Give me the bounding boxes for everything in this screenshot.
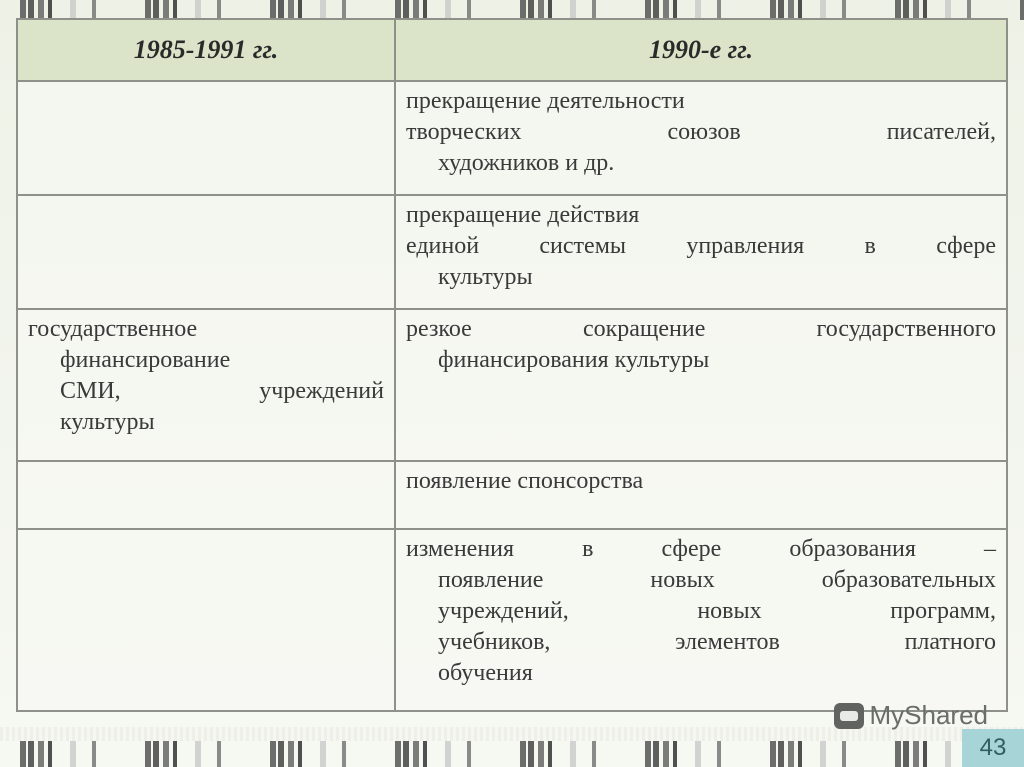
myshared-logo-icon <box>834 703 864 729</box>
myshared-watermark[interactable]: MyShared <box>834 700 989 731</box>
cell-left-empty <box>17 529 395 711</box>
myshared-brand-text: MyShared <box>870 700 989 731</box>
cell-sponsorship: появление спонсорства <box>395 461 1007 529</box>
table-row: государственное финансирование СМИ, учре… <box>17 309 1007 461</box>
table-header-row: 1985-1991 гг. 1990-е гг. <box>17 19 1007 81</box>
comparison-table: 1985-1991 гг. 1990-е гг. прекращение дея… <box>16 18 1008 712</box>
column-header-1985-1991: 1985-1991 гг. <box>17 19 395 81</box>
cell-creative-unions: прекращение деятельности творческих союз… <box>395 81 1007 195</box>
cell-left-empty <box>17 81 395 195</box>
decorative-bottom-border <box>0 741 1024 767</box>
table-row: появление спонсорства <box>17 461 1007 529</box>
cell-education-changes: изменения в сфере образования – появлени… <box>395 529 1007 711</box>
cell-state-financing: государственное финансирование СМИ, учре… <box>17 309 395 461</box>
table-row: изменения в сфере образования – появлени… <box>17 529 1007 711</box>
cell-unified-management: прекращение действия единой системы упра… <box>395 195 1007 309</box>
cell-left-empty <box>17 195 395 309</box>
cell-left-empty <box>17 461 395 529</box>
cell-financing-cut: резкое сокращение государственного финан… <box>395 309 1007 461</box>
table-row: прекращение деятельности творческих союз… <box>17 81 1007 195</box>
table-row: прекращение действия единой системы упра… <box>17 195 1007 309</box>
page-number-badge: 43 <box>962 729 1024 767</box>
decorative-top-border <box>0 0 1024 20</box>
column-header-1990s: 1990-е гг. <box>395 19 1007 81</box>
